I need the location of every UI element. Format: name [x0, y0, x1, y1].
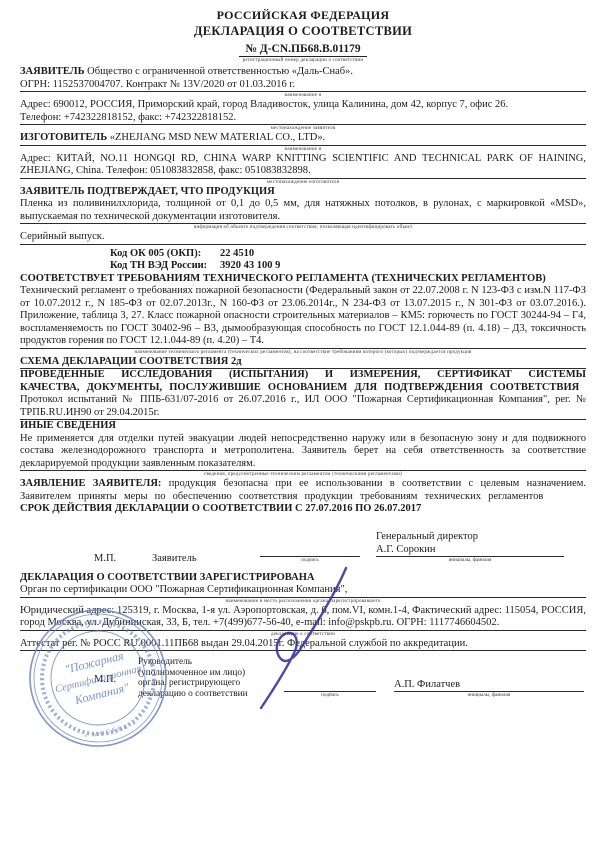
code-okp-label: Код ОК 005 (ОКП):	[110, 248, 220, 261]
manufacturer-name: «ZHEJIANG MSD NEW MATERIAL CO., LTD».	[110, 132, 325, 143]
product-description: Пленка из поливинилхлорида, толщиной от …	[20, 198, 586, 223]
document-title: ДЕКЛАРАЦИЯ О СООТВЕТСТВИИ	[20, 24, 586, 39]
other-text: Не применяется для отделки путей эвакуац…	[20, 433, 586, 471]
other-block: Не применяется для отделки путей эвакуац…	[20, 433, 586, 472]
document-header: РОССИЙСКАЯ ФЕДЕРАЦИЯ ДЕКЛАРАЦИЯ О СООТВЕ…	[20, 8, 586, 64]
applicant-block: ЗАЯВИТЕЛЬ Общество с ограниченной ответс…	[20, 66, 586, 92]
product-description-caption: информация об объекте подтверждения соот…	[20, 224, 586, 231]
applicant-signer-block: Генеральный директор А.Г. Сорокин инициа…	[376, 530, 564, 564]
applicant-phone: Телефон: +742322818152, факс: +742322818…	[20, 112, 586, 125]
applicant-address-caption: местонахождение заявителя	[20, 125, 586, 132]
round-stamp: * МОСКВА * "Пожарная Сертификационная Ко…	[26, 606, 170, 750]
scheme-label: СХЕМА ДЕКЛАРАЦИИ СООТВЕТСТВИЯ	[20, 356, 228, 367]
validity-period: СРОК ДЕЙСТВИЯ ДЕКЛАРАЦИИ О СООТВЕТСТВИИ …	[20, 503, 586, 516]
scheme-block: СХЕМА ДЕКЛАРАЦИИ СООТВЕТСТВИЯ 2д	[20, 356, 586, 370]
codes-table: Код ОК 005 (ОКП): 22 4510 Код ТН ВЭД Рос…	[20, 248, 586, 273]
serial-release: Серийный выпуск.	[20, 231, 586, 244]
evidence-text: Протокол испытаний № ППБ-631/07-2016 от …	[20, 394, 586, 419]
registrar-signer-block: А.П. Филатчев инициалы, фамилия	[394, 678, 584, 699]
applicant-address: Адрес: 690012, РОССИЯ, Приморский край, …	[20, 99, 586, 112]
product-heading: ЗАЯВИТЕЛЬ ПОДТВЕРЖДАЕТ, ЧТО ПРОДУКЦИЯ	[20, 186, 586, 199]
other-heading: ИНЫЕ СВЕДЕНИЯ	[20, 420, 586, 433]
registrar-name-caption: инициалы, фамилия	[394, 692, 584, 699]
statement-label: ЗАЯВЛЕНИЕ ЗАЯВИТЕЛЯ:	[20, 478, 161, 489]
regulation-text: Технический регламент о требованиях пожа…	[20, 285, 586, 348]
code-tnved-value: 3920 43 100 9	[220, 260, 280, 273]
manufacturer-name-caption: наименование и	[20, 146, 586, 153]
statement: ЗАЯВЛЕНИЕ ЗАЯВИТЕЛЯ: продукция безопасна…	[20, 478, 586, 503]
evidence-block: Протокол испытаний № ППБ-631/07-2016 от …	[20, 394, 586, 420]
signer-position: Генеральный директор	[376, 530, 564, 543]
number-caption: регистрационный номер декларации о соотв…	[20, 57, 586, 64]
signer-name: А.Г. Сорокин	[376, 543, 564, 557]
mp-mark-1: М.П.	[94, 553, 152, 564]
other-caption: сведения, предусмотренные техническим ре…	[20, 471, 586, 478]
manufacturer-address: Адрес: КИТАЙ, NO.11 HONGQI RD, CHINA WAR…	[20, 153, 586, 178]
regulation-caption: наименование технического регламента (те…	[20, 349, 586, 356]
manufacturer-address-block: Адрес: КИТАЙ, NO.11 HONGQI RD, CHINA WAR…	[20, 153, 586, 179]
code-tnved-label: Код ТН ВЭД России:	[110, 260, 220, 273]
code-okp-row: Код ОК 005 (ОКП): 22 4510	[110, 248, 586, 261]
handwritten-signature	[238, 562, 358, 714]
scheme-value: 2д	[231, 356, 242, 367]
applicant-sign-field: подпись	[260, 543, 360, 564]
applicant-address-block: Адрес: 690012, РОССИЯ, Приморский край, …	[20, 99, 586, 125]
regulation-heading: СООТВЕТСТВУЕТ ТРЕБОВАНИЯМ ТЕХНИЧЕСКОГО Р…	[20, 273, 586, 286]
serial-block: Серийный выпуск.	[20, 231, 586, 245]
signer-name-caption: инициалы, фамилия	[376, 557, 564, 564]
code-tnved-row: Код ТН ВЭД России: 3920 43 100 9	[110, 260, 586, 273]
regulation-block: Технический регламент о требованиях пожа…	[20, 285, 586, 349]
applicant-signature-line	[260, 543, 360, 557]
applicant-signature-row: М.П. Заявитель подпись Генеральный дирек…	[20, 530, 586, 564]
registrar-name: А.П. Филатчев	[394, 678, 584, 692]
manufacturer-address-caption: местонахождение изготовителя	[20, 179, 586, 186]
country-title: РОССИЙСКАЯ ФЕДЕРАЦИЯ	[20, 8, 586, 23]
declaration-number: № Д-CN.ПБ68.В.01179	[239, 43, 366, 57]
product-description-block: Пленка из поливинилхлорида, толщиной от …	[20, 198, 586, 224]
evidence-heading: ПРОВЕДЕННЫЕ ИССЛЕДОВАНИЯ (ИСПЫТАНИЯ) И И…	[20, 369, 586, 394]
applicant-name-caption: наименование и	[20, 92, 586, 99]
applicant-label: ЗАЯВИТЕЛЬ	[20, 66, 85, 77]
code-okp-value: 22 4510	[220, 248, 254, 261]
applicant-ogrn: ОГРН: 1152537004707. Контракт № 13V/2020…	[20, 79, 586, 92]
applicant-name: Общество с ограниченной ответственностью…	[87, 66, 353, 77]
manufacturer-block: ИЗГОТОВИТЕЛЬ «ZHEJIANG MSD NEW MATERIAL …	[20, 132, 586, 146]
manufacturer-label: ИЗГОТОВИТЕЛЬ	[20, 132, 107, 143]
